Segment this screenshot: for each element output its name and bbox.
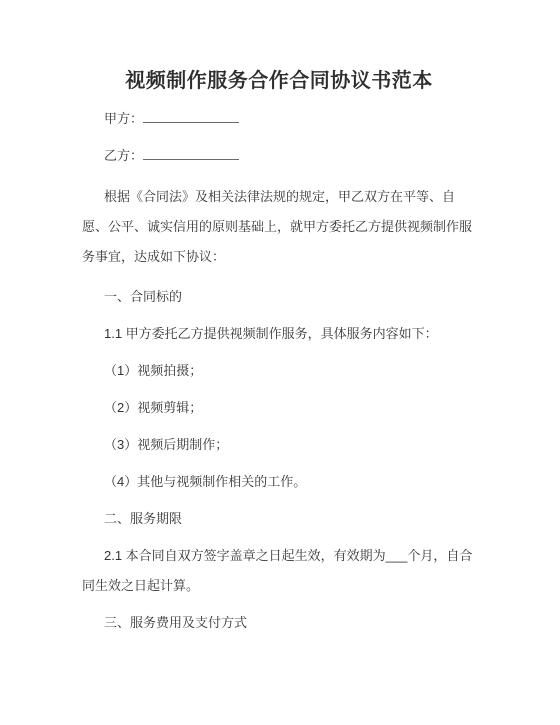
section-2-heading: 二、服务期限 (82, 504, 476, 534)
contract-title: 视频制作服务合作合同协议书范本 (82, 0, 476, 98)
intro-paragraph: 根据《合同法》及相关法律法规的规定，甲乙双方在平等、自愿、公平、诚实信用的原则基… (82, 182, 476, 272)
section-1-heading: 一、合同标的 (82, 282, 476, 312)
party-b-line: 乙方： (82, 141, 476, 171)
party-a-line: 甲方： (82, 104, 476, 134)
service-item-3: （3）视频后期制作； (82, 430, 476, 460)
clause-2-1: 2.1 本合同自双方签字盖章之日起生效，有效期为___个月，自合同生效之日起计算… (82, 541, 476, 601)
service-item-1: （1）视频拍摄； (82, 356, 476, 386)
clause-1-1: 1.1 甲方委托乙方提供视频制作服务，具体服务内容如下： (82, 319, 476, 349)
party-a-label: 甲方： (104, 111, 143, 126)
party-a-blank (143, 110, 239, 123)
service-item-2: （2）视频剪辑； (82, 393, 476, 423)
section-3-heading: 三、服务费用及支付方式 (82, 608, 476, 638)
party-b-label: 乙方： (104, 148, 143, 163)
contract-document: 视频制作服务合作合同协议书范本 甲方： 乙方： 根据《合同法》及相关法律法规的规… (0, 0, 560, 725)
party-b-blank (143, 147, 239, 160)
service-item-4: （4）其他与视频制作相关的工作。 (82, 467, 476, 497)
